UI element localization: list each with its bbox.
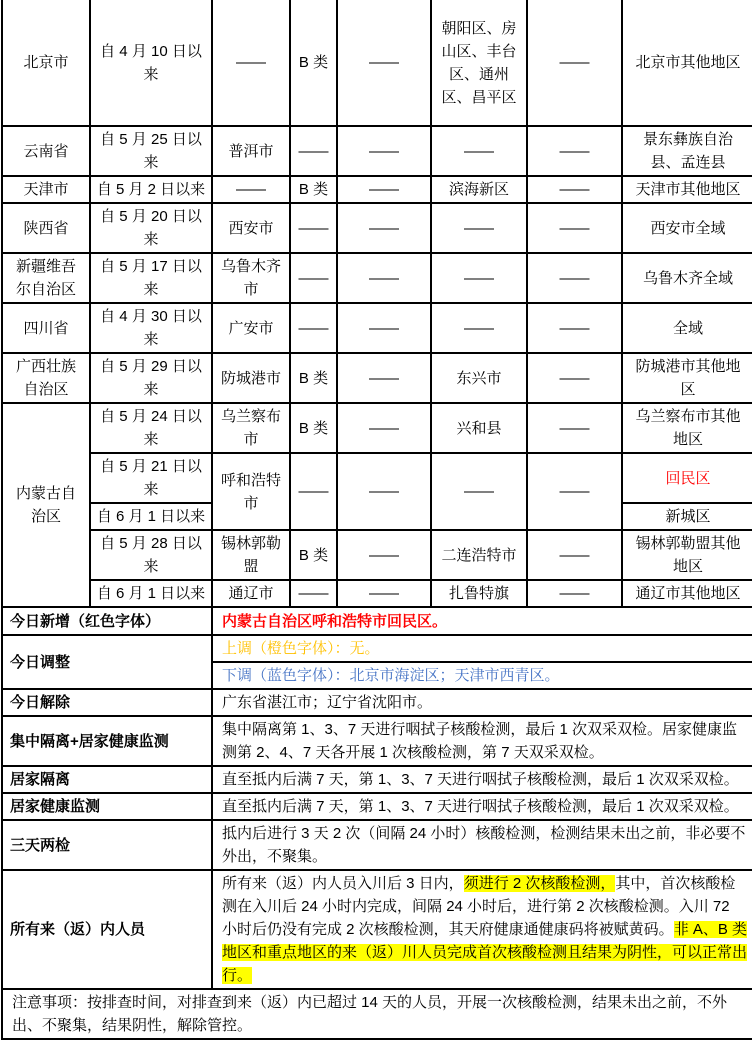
cell-col5: —— bbox=[337, 453, 431, 530]
cell-since-date: 自 5 月 24 日以来 bbox=[90, 403, 212, 453]
cell-col5: —— bbox=[337, 0, 431, 126]
cell-province: 广西壮族自治区 bbox=[2, 353, 90, 403]
region-row-tongliao: 自 6 月 1 日以来 通辽市 —— —— 扎鲁特旗 —— 通辽市其他地区 bbox=[2, 580, 752, 607]
cell-since-date: 自 6 月 1 日以来 bbox=[90, 503, 212, 530]
cell-col7: —— bbox=[527, 253, 622, 303]
cell-col5: —— bbox=[337, 403, 431, 453]
row-three-days-two-tests: 三天两检 抵内后进行 3 天 2 次（间隔 24 小时）核酸检测，检测结果未出之… bbox=[2, 820, 752, 870]
cell-districts: 东兴市 bbox=[431, 353, 527, 403]
home-quarantine-label: 居家隔离 bbox=[2, 766, 212, 793]
centralized-plus-home-content: 集中隔离第 1、3、7 天进行咽拭子核酸检测，最后 1 次双采双检。居家健康监测… bbox=[212, 716, 752, 766]
cell-city: 锡林郭勒盟 bbox=[212, 530, 290, 580]
cell-city: —— bbox=[212, 176, 290, 203]
cell-col5: —— bbox=[337, 353, 431, 403]
cell-city: 防城港市 bbox=[212, 353, 290, 403]
cell-districts: —— bbox=[431, 126, 527, 176]
cell-category: B 类 bbox=[290, 0, 337, 126]
cell-col7: —— bbox=[527, 0, 622, 126]
all-arrivals-text-highlight-1: 须进行 2 次核酸检测， bbox=[464, 875, 616, 892]
region-row-huhehaote-1: 自 5 月 21 日以来 呼和浩特市 —— —— —— —— 回民区 bbox=[2, 453, 752, 503]
cell-col7: —— bbox=[527, 176, 622, 203]
cell-province: 四川省 bbox=[2, 303, 90, 353]
cell-category: —— bbox=[290, 580, 337, 607]
cell-col7: —— bbox=[527, 353, 622, 403]
row-centralized-plus-home: 集中隔离+居家健康监测 集中隔离第 1、3、7 天进行咽拭子核酸检测，最后 1 … bbox=[2, 716, 752, 766]
cell-since-date: 自 5 月 21 日以来 bbox=[90, 453, 212, 503]
cell-category: —— bbox=[290, 453, 337, 530]
cell-districts: 二连浩特市 bbox=[431, 530, 527, 580]
today-new-content: 内蒙古自治区呼和浩特市回民区。 bbox=[212, 607, 752, 635]
cell-col5: —— bbox=[337, 176, 431, 203]
cell-col7: —— bbox=[527, 403, 622, 453]
cell-districts: —— bbox=[431, 253, 527, 303]
cell-city: 广安市 bbox=[212, 303, 290, 353]
all-arrivals-label: 所有来（返）内人员 bbox=[2, 870, 212, 989]
cell-col5: —— bbox=[337, 303, 431, 353]
cell-other-area: 北京市其他地区 bbox=[622, 0, 752, 126]
cell-province: 内蒙古自治区 bbox=[2, 403, 90, 607]
home-monitoring-label: 居家健康监测 bbox=[2, 793, 212, 820]
region-row-guangxi: 广西壮族自治区 自 5 月 29 日以来 防城港市 B 类 —— 东兴市 —— … bbox=[2, 353, 752, 403]
cell-col7: —— bbox=[527, 453, 622, 530]
today-new-label: 今日新增（红色字体） bbox=[2, 607, 212, 635]
cell-since-date: 自 5 月 25 日以来 bbox=[90, 126, 212, 176]
cell-city: 普洱市 bbox=[212, 126, 290, 176]
row-today-new: 今日新增（红色字体） 内蒙古自治区呼和浩特市回民区。 bbox=[2, 607, 752, 635]
cell-city: 呼和浩特市 bbox=[212, 453, 290, 530]
row-note: 注意事项：按排查时间，对排查到来（返）内已超过 14 天的人员，开展一次核酸检测… bbox=[2, 989, 752, 1039]
cell-province: 北京市 bbox=[2, 0, 90, 126]
cell-col5: —— bbox=[337, 580, 431, 607]
cell-category: —— bbox=[290, 303, 337, 353]
cell-districts: 扎鲁特旗 bbox=[431, 580, 527, 607]
cell-col7: —— bbox=[527, 126, 622, 176]
cell-districts: —— bbox=[431, 203, 527, 253]
row-home-monitoring: 居家健康监测 直至抵内后满 7 天，第 1、3、7 天进行咽拭子核酸检测，最后 … bbox=[2, 793, 752, 820]
cell-category: B 类 bbox=[290, 403, 337, 453]
cell-other-area: 乌鲁木齐全域 bbox=[622, 253, 752, 303]
cell-districts: —— bbox=[431, 453, 527, 530]
region-row-xilinguole: 自 5 月 28 日以来 锡林郭勒盟 B 类 —— 二连浩特市 —— 锡林郭勒盟… bbox=[2, 530, 752, 580]
cell-districts: 滨海新区 bbox=[431, 176, 527, 203]
cell-since-date: 自 5 月 28 日以来 bbox=[90, 530, 212, 580]
cell-col5: —— bbox=[337, 253, 431, 303]
cell-other-area: 防城港市其他地区 bbox=[622, 353, 752, 403]
cell-province: 陕西省 bbox=[2, 203, 90, 253]
cell-since-date: 自 5 月 20 日以来 bbox=[90, 203, 212, 253]
cell-other-area: 西安市全域 bbox=[622, 203, 752, 253]
cell-province: 云南省 bbox=[2, 126, 90, 176]
cell-other-area: 全域 bbox=[622, 303, 752, 353]
cell-category: —— bbox=[290, 126, 337, 176]
cell-since-date: 自 5 月 17 日以来 bbox=[90, 253, 212, 303]
region-row-tianjin: 天津市 自 5 月 2 日以来 —— B 类 —— 滨海新区 —— 天津市其他地… bbox=[2, 176, 752, 203]
cell-category: —— bbox=[290, 203, 337, 253]
cell-city: 乌兰察布市 bbox=[212, 403, 290, 453]
centralized-plus-home-label: 集中隔离+居家健康监测 bbox=[2, 716, 212, 766]
three-days-two-tests-label: 三天两检 bbox=[2, 820, 212, 870]
cell-other-area: 景东彝族自治县、孟连县 bbox=[622, 126, 752, 176]
cell-since-date: 自 4 月 10 日以来 bbox=[90, 0, 212, 126]
home-quarantine-content: 直至抵内后满 7 天，第 1、3、7 天进行咽拭子核酸检测，最后 1 次双采双检… bbox=[212, 766, 752, 793]
cell-districts: 朝阳区、房山区、丰台区、通州区、昌平区 bbox=[431, 0, 527, 126]
cell-since-date: 自 6 月 1 日以来 bbox=[90, 580, 212, 607]
cell-category: B 类 bbox=[290, 353, 337, 403]
cell-province: 新疆维吾尔自治区 bbox=[2, 253, 90, 303]
cell-col7: —— bbox=[527, 580, 622, 607]
home-monitoring-content: 直至抵内后满 7 天，第 1、3、7 天进行咽拭子核酸检测，最后 1 次双采双检… bbox=[212, 793, 752, 820]
row-today-adjust-up: 今日调整 上调（橙色字体）：无。 bbox=[2, 635, 752, 662]
cell-districts: —— bbox=[431, 303, 527, 353]
cell-other-area: 新城区 bbox=[622, 503, 752, 530]
row-today-removed: 今日解除 广东省湛江市；辽宁省沈阳市。 bbox=[2, 689, 752, 716]
cell-col5: —— bbox=[337, 530, 431, 580]
cell-col7: —— bbox=[527, 203, 622, 253]
cell-col7: —— bbox=[527, 303, 622, 353]
cell-category: B 类 bbox=[290, 530, 337, 580]
adjust-up-content: 上调（橙色字体）：无。 bbox=[212, 635, 752, 662]
all-arrivals-text-plain-1: 所有来（返）内人员入川后 3 日内， bbox=[222, 875, 464, 892]
region-row-neimenggu-wulanchabu: 内蒙古自治区 自 5 月 24 日以来 乌兰察布市 B 类 —— 兴和县 —— … bbox=[2, 403, 752, 453]
all-arrivals-content: 所有来（返）内人员入川后 3 日内，须进行 2 次核酸检测，其中，首次核酸检测在… bbox=[212, 870, 752, 989]
cell-col5: —— bbox=[337, 126, 431, 176]
cell-province: 天津市 bbox=[2, 176, 90, 203]
cell-col7: —— bbox=[527, 530, 622, 580]
cell-other-area: 天津市其他地区 bbox=[622, 176, 752, 203]
cell-city: 通辽市 bbox=[212, 580, 290, 607]
today-removed-content: 广东省湛江市；辽宁省沈阳市。 bbox=[212, 689, 752, 716]
cell-city: 乌鲁木齐市 bbox=[212, 253, 290, 303]
cell-col5: —— bbox=[337, 203, 431, 253]
covid-region-policy-table: 北京市 自 4 月 10 日以来 —— B 类 —— 朝阳区、房山区、丰台区、通… bbox=[1, 0, 752, 1040]
cell-city: —— bbox=[212, 0, 290, 126]
cell-since-date: 自 5 月 29 日以来 bbox=[90, 353, 212, 403]
region-row-sichuan: 四川省 自 4 月 30 日以来 广安市 —— —— —— —— 全域 bbox=[2, 303, 752, 353]
cell-since-date: 自 4 月 30 日以来 bbox=[90, 303, 212, 353]
region-row-yunnan: 云南省 自 5 月 25 日以来 普洱市 —— —— —— —— 景东彝族自治县… bbox=[2, 126, 752, 176]
cell-category: B 类 bbox=[290, 176, 337, 203]
cell-other-area: 通辽市其他地区 bbox=[622, 580, 752, 607]
cell-districts: 兴和县 bbox=[431, 403, 527, 453]
cell-other-area: 乌兰察布市其他地区 bbox=[622, 403, 752, 453]
note-text: 注意事项：按排查时间，对排查到来（返）内已超过 14 天的人员，开展一次核酸检测… bbox=[2, 989, 752, 1039]
today-removed-label: 今日解除 bbox=[2, 689, 212, 716]
adjust-down-content: 下调（蓝色字体）：北京市海淀区；天津市西青区。 bbox=[212, 662, 752, 689]
today-adjust-label: 今日调整 bbox=[2, 635, 212, 689]
cell-city: 西安市 bbox=[212, 203, 290, 253]
three-days-two-tests-content: 抵内后进行 3 天 2 次（间隔 24 小时）核酸检测，检测结果未出之前，非必要… bbox=[212, 820, 752, 870]
region-row-beijing: 北京市 自 4 月 10 日以来 —— B 类 —— 朝阳区、房山区、丰台区、通… bbox=[2, 0, 752, 126]
region-row-shaanxi: 陕西省 自 5 月 20 日以来 西安市 —— —— —— —— 西安市全域 bbox=[2, 203, 752, 253]
region-row-xinjiang: 新疆维吾尔自治区 自 5 月 17 日以来 乌鲁木齐市 —— —— —— —— … bbox=[2, 253, 752, 303]
cell-category: —— bbox=[290, 253, 337, 303]
row-home-quarantine: 居家隔离 直至抵内后满 7 天，第 1、3、7 天进行咽拭子核酸检测，最后 1 … bbox=[2, 766, 752, 793]
row-all-arrivals: 所有来（返）内人员 所有来（返）内人员入川后 3 日内，须进行 2 次核酸检测，… bbox=[2, 870, 752, 989]
cell-other-area-new: 回民区 bbox=[622, 453, 752, 503]
cell-since-date: 自 5 月 2 日以来 bbox=[90, 176, 212, 203]
cell-other-area: 锡林郭勒盟其他地区 bbox=[622, 530, 752, 580]
